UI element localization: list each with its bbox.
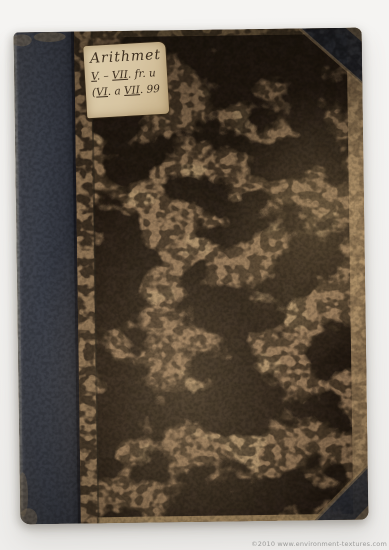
label-text-segment: VII xyxy=(124,84,141,97)
grain xyxy=(14,28,369,525)
label-text-segment: . 99 xyxy=(140,83,161,96)
label-line3: (VI. a VII. 99 xyxy=(92,81,166,102)
book-cover: Arithmet V. – VII. fr. u (VI. a VII. 99 xyxy=(14,28,369,525)
title-label: Arithmet V. – VII. fr. u (VI. a VII. 99 xyxy=(83,42,169,119)
watermark: ©2010 www.environment-textures.com xyxy=(251,540,387,548)
label-text-segment: VI xyxy=(96,86,108,99)
book-cover-texture xyxy=(14,28,369,525)
label-text-segment: . a xyxy=(107,85,124,98)
label-text-segment: . – xyxy=(96,69,112,82)
label-text-segment: . fr. u xyxy=(127,67,156,81)
label-text-segment: VII xyxy=(112,68,129,81)
photo-background: Arithmet V. – VII. fr. u (VI. a VII. 99 … xyxy=(0,0,389,550)
lighting-overlays xyxy=(14,28,369,525)
